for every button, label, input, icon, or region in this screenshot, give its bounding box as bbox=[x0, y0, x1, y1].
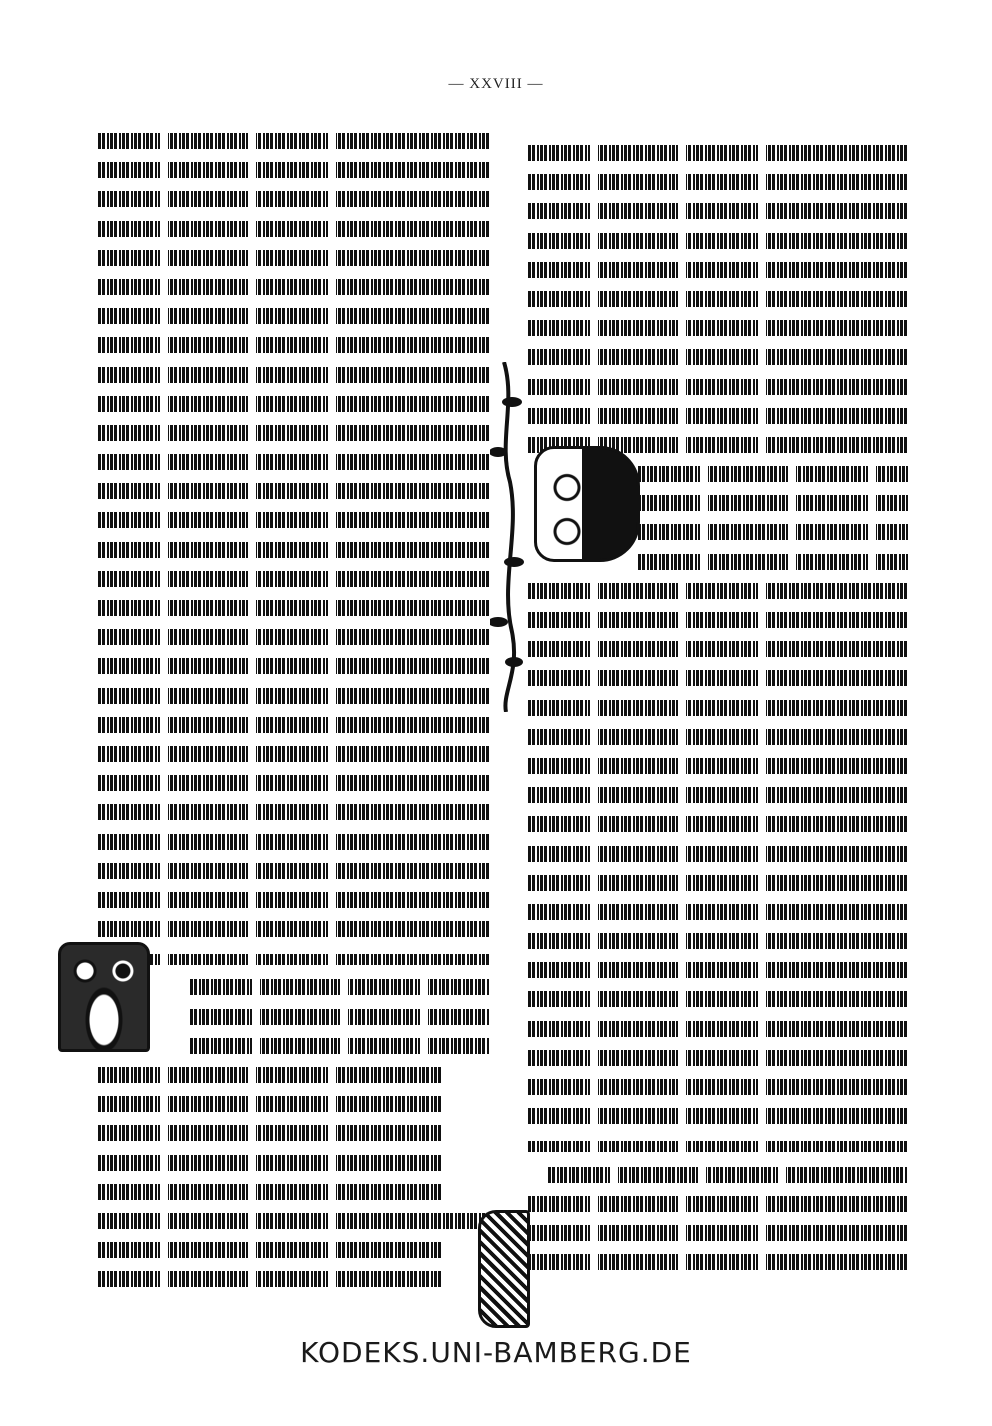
manuscript-line bbox=[528, 374, 908, 403]
manuscript-line bbox=[528, 1220, 908, 1249]
manuscript-line bbox=[528, 665, 908, 694]
manuscript-line bbox=[98, 1179, 490, 1208]
manuscript-line bbox=[528, 578, 908, 607]
manuscript-line bbox=[98, 1120, 490, 1149]
manuscript-line bbox=[528, 286, 908, 315]
manuscript-line bbox=[528, 1016, 908, 1045]
manuscript-line bbox=[98, 741, 490, 770]
manuscript-line bbox=[98, 624, 490, 653]
manuscript-line bbox=[528, 198, 908, 227]
manuscript-line bbox=[438, 1162, 908, 1191]
manuscript-line bbox=[528, 636, 908, 665]
manuscript-line bbox=[528, 695, 908, 724]
manuscript-line bbox=[528, 986, 908, 1015]
manuscript-line bbox=[98, 887, 490, 916]
manuscript-line bbox=[528, 1191, 908, 1220]
manuscript-line bbox=[528, 257, 908, 286]
manuscript-line bbox=[98, 566, 490, 595]
manuscript-line bbox=[98, 507, 490, 536]
manuscript-line bbox=[528, 1074, 908, 1103]
manuscript-line bbox=[98, 974, 490, 1003]
manuscript-line bbox=[98, 391, 490, 420]
manuscript-line bbox=[98, 1150, 490, 1179]
manuscript-line bbox=[528, 753, 908, 782]
manuscript-line bbox=[528, 403, 908, 432]
manuscript-line bbox=[98, 595, 490, 624]
right-text-column bbox=[528, 140, 908, 1278]
manuscript-line bbox=[528, 344, 908, 373]
manuscript-line bbox=[528, 841, 908, 870]
manuscript-line bbox=[98, 537, 490, 566]
manuscript-line bbox=[528, 957, 908, 986]
floral-vine-border bbox=[490, 362, 526, 712]
manuscript-line bbox=[528, 315, 908, 344]
manuscript-line bbox=[98, 332, 490, 361]
manuscript-line bbox=[98, 653, 490, 682]
manuscript-line bbox=[98, 1266, 490, 1295]
manuscript-line bbox=[528, 1132, 908, 1161]
left-text-column bbox=[98, 128, 490, 1296]
manuscript-line bbox=[528, 724, 908, 753]
manuscript-line bbox=[98, 362, 490, 391]
manuscript-line bbox=[98, 157, 490, 186]
manuscript-line bbox=[98, 858, 490, 887]
manuscript-line bbox=[528, 811, 908, 840]
manuscript-line bbox=[98, 478, 490, 507]
manuscript-line bbox=[98, 916, 490, 945]
page-number: — XXVIII — bbox=[0, 76, 992, 93]
manuscript-line bbox=[528, 1103, 908, 1132]
manuscript-line bbox=[98, 186, 490, 215]
manuscript-line bbox=[98, 303, 490, 332]
manuscript-line bbox=[98, 1062, 490, 1091]
manuscript-line bbox=[98, 449, 490, 478]
manuscript-line bbox=[98, 770, 490, 799]
manuscript-line bbox=[98, 945, 490, 974]
manuscript-line bbox=[528, 1249, 908, 1278]
manuscript-line bbox=[528, 899, 908, 928]
manuscript-line bbox=[98, 683, 490, 712]
manuscript-line bbox=[528, 140, 908, 169]
manuscript-line bbox=[528, 782, 908, 811]
manuscript-line bbox=[98, 216, 490, 245]
manuscript-line bbox=[98, 1237, 490, 1266]
manuscript-line bbox=[98, 1208, 490, 1237]
manuscript-line bbox=[98, 1033, 490, 1062]
manuscript-line bbox=[98, 128, 490, 157]
manuscript-line bbox=[98, 829, 490, 858]
manuscript-line bbox=[98, 245, 490, 274]
illuminated-initial-b bbox=[534, 446, 640, 562]
manuscript-line bbox=[528, 928, 908, 957]
manuscript-line bbox=[528, 1045, 908, 1074]
manuscript-line bbox=[98, 1091, 490, 1120]
manuscript-line bbox=[528, 169, 908, 198]
manuscript-line bbox=[98, 1004, 490, 1033]
manuscript-line bbox=[98, 799, 490, 828]
manuscript-line bbox=[98, 712, 490, 741]
illuminated-initial-i bbox=[478, 1210, 530, 1328]
illuminated-initial-x bbox=[58, 942, 150, 1052]
source-watermark: KODEKS.UNI-BAMBERG.DE bbox=[0, 1336, 992, 1369]
manuscript-line bbox=[528, 870, 908, 899]
manuscript-line bbox=[98, 274, 490, 303]
manuscript-line bbox=[528, 228, 908, 257]
manuscript-line bbox=[98, 420, 490, 449]
manuscript-line bbox=[528, 607, 908, 636]
